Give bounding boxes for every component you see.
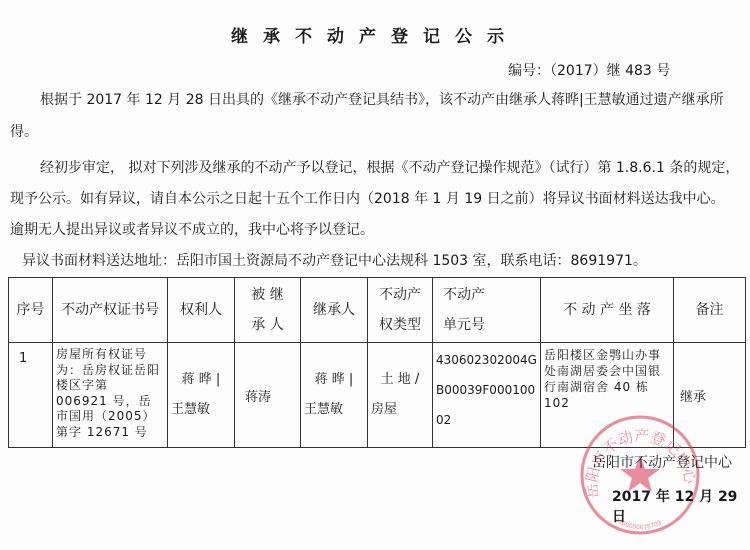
header-seq: 序号 (9, 278, 53, 343)
paragraph-1: 根据于 2017 年 12 月 28 日出具的《继承不动产登记具结书》，该不动产… (40, 90, 724, 110)
header-decedent-line1: 被 继 (238, 280, 297, 310)
header-unit-no: 不动产 单元号 (433, 278, 541, 343)
cell-cert-no: 房屋所有权证号为：岳房权证岳阳楼区字第 006921 号，岳市国用（2005）第… (53, 343, 168, 448)
right-holder-line2: 王慧敏 (171, 395, 231, 425)
header-heir: 继承人 (301, 278, 368, 343)
cell-location: 岳阳楼区金鹗山办事处南湖居委会中国银行南湖宿舍 40 栋 102 (541, 343, 674, 448)
right-type-line2: 房屋 (371, 395, 429, 425)
right-type-line1: 土 地 / (371, 365, 429, 395)
paragraph-2: 经初步审定， 拟对下列涉及继承的不动产予以登记，根据《不动产登记操作规范》（试行… (40, 158, 739, 178)
signature-date: 2017 年 12 月 29 日 (612, 486, 750, 526)
objection-address: 异议书面材料送达地址：岳阳市国土资源局不动产登记中心法规科 1503 室，联系电… (22, 251, 647, 271)
header-decedent: 被 继 承 人 (235, 278, 301, 343)
cell-unit-no: 430602302004GB00039F00010002 (433, 343, 541, 448)
header-cert-no: 不动产权证书号 (53, 278, 168, 343)
header-decedent-line2: 承 人 (238, 310, 297, 340)
cell-remark: 继承 (674, 343, 746, 448)
header-right-type: 不动产 权类型 (368, 278, 433, 343)
cell-seq: 1 (9, 343, 53, 448)
right-holder-line1: 蒋 晔 | (171, 365, 231, 395)
heir-line2: 王慧敏 (304, 395, 364, 425)
header-right-type-line2: 权类型 (371, 310, 429, 340)
property-table: 序号 不动产权证书号 权利人 被 继 承 人 继承人 不动产 权类型 不动产 单… (8, 277, 746, 448)
paragraph-1-cont: 得。 (10, 122, 38, 142)
document-number: 编号：（2017）继 483 号 (508, 60, 670, 80)
header-unit-no-line2: 单元号 (443, 310, 537, 340)
table-row: 1 房屋所有权证号为：岳房权证岳阳楼区字第 006921 号，岳市国用（2005… (9, 343, 746, 448)
paragraph-2-cont: 现予公示。如有异议，请自本公示之日起十五个工作日内（2018 年 1 月 19 … (10, 189, 725, 209)
header-right-holder: 权利人 (168, 278, 235, 343)
cell-right-type: 土 地 / 房屋 (368, 343, 433, 448)
heir-line1: 蒋 晔 | (304, 365, 364, 395)
cell-decedent: 蒋涛 (235, 343, 301, 448)
cell-heir: 蒋 晔 | 王慧敏 (301, 343, 368, 448)
header-right-type-line1: 不动产 (371, 280, 429, 310)
header-unit-no-line1: 不动产 (443, 280, 537, 310)
document-title: 继承不动产登记公示 (0, 22, 750, 47)
paragraph-3: 逾期无人提出异议或者异议不成立的，我中心将予以登记。 (10, 220, 374, 240)
table-header-row: 序号 不动产权证书号 权利人 被 继 承 人 继承人 不动产 权类型 不动产 单… (9, 278, 746, 343)
cell-right-holder: 蒋 晔 | 王慧敏 (168, 343, 235, 448)
signature-organization: 岳阳市不动产登记中心 (592, 452, 732, 472)
header-location: 不 动 产 坐 落 (541, 278, 674, 343)
header-remark: 备注 (674, 278, 746, 343)
